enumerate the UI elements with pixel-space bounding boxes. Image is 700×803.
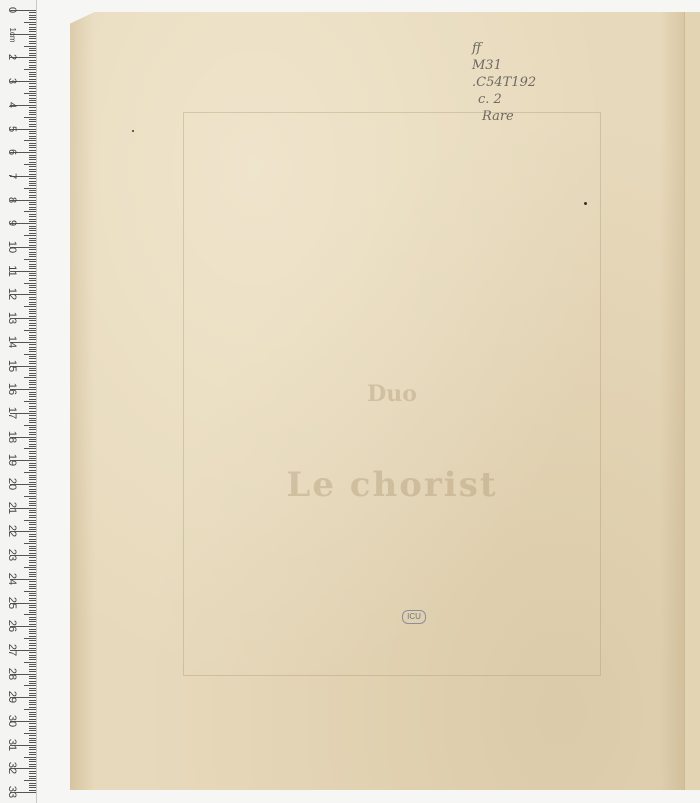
- ruler-tick: [29, 669, 36, 670]
- note-line: Rare: [472, 108, 536, 125]
- ruler-tick: [29, 302, 36, 303]
- note-line: M31: [472, 57, 536, 74]
- ruler-tick: [29, 546, 36, 547]
- ruler-number: 3: [6, 71, 18, 91]
- ruler-tick: [29, 209, 36, 210]
- ruler-tick: [29, 48, 36, 49]
- ruler-tick: [29, 735, 36, 736]
- ruler-tick: [29, 569, 36, 570]
- ruler-tick: [29, 266, 36, 267]
- ruler-tick: [29, 166, 36, 167]
- ruler-tick: [29, 439, 36, 440]
- ruler-tick: [29, 53, 36, 54]
- ruler-tick: [29, 202, 36, 203]
- ruler-tick: [29, 316, 36, 317]
- ruler-tick: [29, 136, 36, 137]
- ruler-tick: [29, 645, 36, 646]
- ruler-tick: [29, 517, 36, 518]
- ruler-tick: [29, 676, 36, 677]
- ruler-tick: [29, 252, 36, 253]
- ruler-tick: [29, 773, 36, 774]
- ruler-tick: [24, 425, 36, 426]
- ruler-tick: [24, 733, 36, 734]
- ruler-tick: [29, 534, 36, 535]
- note-line: c. 2: [472, 91, 536, 108]
- ruler-tick: [29, 325, 36, 326]
- ruler-tick: [29, 657, 36, 658]
- ruler-tick: [29, 759, 36, 760]
- ruler-tick: [24, 496, 36, 497]
- ruler-tick: [29, 690, 36, 691]
- ruler-tick: [29, 529, 36, 530]
- ruler-tick: [29, 527, 36, 528]
- ruler-tick: [29, 723, 36, 724]
- ruler-tick: [29, 290, 36, 291]
- ruler-number: 11: [6, 261, 18, 281]
- ruler-number: 2: [6, 47, 18, 67]
- ruler-tick: [29, 36, 36, 37]
- ruler-tick: [29, 358, 36, 359]
- ruler-tick: [29, 640, 36, 641]
- ruler-tick: [29, 747, 36, 748]
- ruler-tick: [29, 595, 36, 596]
- ruler-tick: [29, 169, 36, 170]
- ruler-tick: [29, 688, 36, 689]
- ruler-tick: [29, 344, 36, 345]
- ruler-number: 7: [6, 166, 18, 186]
- ruler-tick: [29, 264, 36, 265]
- ruler-number: 23: [6, 545, 18, 565]
- ruler-tick: [29, 219, 36, 220]
- ruler-tick: [29, 434, 36, 435]
- ruler-tick: [29, 384, 36, 385]
- ruler-number: 5: [6, 119, 18, 139]
- library-stamp: ICU: [402, 610, 426, 624]
- ruler-tick: [29, 29, 36, 30]
- ruler-tick: [29, 228, 36, 229]
- ruler-tick: [29, 373, 36, 374]
- ruler-number: 15: [6, 356, 18, 376]
- ruler-tick: [29, 771, 36, 772]
- ruler-tick: [29, 98, 36, 99]
- ruler-tick: [29, 95, 36, 96]
- ruler-tick: [29, 74, 36, 75]
- ruler-tick: [29, 586, 36, 587]
- ruler-tick: [29, 368, 36, 369]
- ruler-tick: [29, 636, 36, 637]
- ruler-tick: [29, 453, 36, 454]
- paper-speck: [132, 130, 134, 132]
- ruler-tick: [29, 470, 36, 471]
- ruler-tick: [29, 730, 36, 731]
- ruler-tick: [29, 268, 36, 269]
- ruler-tick: [24, 283, 36, 284]
- ruler-tick: [29, 292, 36, 293]
- ruler-tick: [29, 406, 36, 407]
- ruler-tick: [29, 678, 36, 679]
- ruler-tick: [29, 38, 36, 39]
- ruler-tick: [29, 659, 36, 660]
- ruler-tick: [29, 119, 36, 120]
- ruler-tick: [29, 489, 36, 490]
- ruler-tick: [29, 100, 36, 101]
- ruler-number: 4: [6, 95, 18, 115]
- ruler-tick: [29, 171, 36, 172]
- ruler-tick: [29, 610, 36, 611]
- ruler-tick: [29, 124, 36, 125]
- ruler-tick: [29, 328, 36, 329]
- ruler-tick: [29, 574, 36, 575]
- ruler-tick: [29, 131, 36, 132]
- ruler-tick: [29, 299, 36, 300]
- ruler-tick: [29, 107, 36, 108]
- ruler-tick: [24, 614, 36, 615]
- ruler-tick: [29, 254, 36, 255]
- ruler-tick: [29, 700, 36, 701]
- ruler-tick: [29, 19, 36, 20]
- ruler-tick: [29, 664, 36, 665]
- ruler-tick: [24, 93, 36, 94]
- ruler-tick: [24, 259, 36, 260]
- ruler-tick: [29, 195, 36, 196]
- ruler-tick: [29, 285, 36, 286]
- ruler-tick: [29, 451, 36, 452]
- ruler-tick: [29, 655, 36, 656]
- ruler-tick: [29, 712, 36, 713]
- ruler-tick: [24, 140, 36, 141]
- ruler-tick: [29, 541, 36, 542]
- ruler-number: 30: [6, 711, 18, 731]
- ruler-tick: [29, 572, 36, 573]
- ruler-tick: [29, 695, 36, 696]
- ruler-tick: [29, 477, 36, 478]
- ruler-tick: [29, 629, 36, 630]
- ruler-tick: [29, 143, 36, 144]
- show-through-main-title: Le chorist: [184, 465, 600, 505]
- ruler-tick: [29, 446, 36, 447]
- ruler-tick: [29, 24, 36, 25]
- ruler-tick: [29, 432, 36, 433]
- ruler-number: 16: [6, 379, 18, 399]
- ruler-tick: [29, 593, 36, 594]
- ruler-tick: [24, 520, 36, 521]
- ruler-tick: [29, 548, 36, 549]
- ruler-tick: [29, 83, 36, 84]
- ruler-tick: [29, 444, 36, 445]
- ruler-tick: [29, 631, 36, 632]
- show-through-subtitle: Duo: [184, 381, 600, 407]
- ruler-tick: [24, 188, 36, 189]
- ruler-tick: [29, 62, 36, 63]
- ruler-tick: [29, 230, 36, 231]
- ruler-tick: [24, 22, 36, 23]
- ruler-tick: [29, 683, 36, 684]
- ruler-tick: [29, 427, 36, 428]
- ruler-tick: [29, 716, 36, 717]
- ruler-number: 9: [6, 213, 18, 233]
- ruler-tick: [29, 17, 36, 18]
- ruler-tick: [29, 776, 36, 777]
- ruler-tick: [24, 638, 36, 639]
- ruler-tick: [29, 370, 36, 371]
- ruler-tick: [29, 764, 36, 765]
- ruler-tick: [29, 387, 36, 388]
- ruler-tick: [29, 27, 36, 28]
- ruler-tick: [29, 785, 36, 786]
- ruler-tick: [29, 240, 36, 241]
- ruler-tick: [29, 550, 36, 551]
- ruler-tick: [29, 403, 36, 404]
- ruler-tick: [29, 648, 36, 649]
- ruler-tick: [29, 363, 36, 364]
- ruler-tick: [29, 463, 36, 464]
- ruler-tick: [29, 562, 36, 563]
- ruler-tick: [29, 55, 36, 56]
- ruler-tick: [29, 790, 36, 791]
- ruler-tick: [29, 297, 36, 298]
- ruler-tick: [29, 719, 36, 720]
- ruler-tick: [29, 465, 36, 466]
- ruler-tick: [29, 510, 36, 511]
- ruler-tick: [29, 486, 36, 487]
- ruler-tick: [29, 72, 36, 73]
- ruler-tick: [29, 311, 36, 312]
- ruler-tick: [29, 110, 36, 111]
- ruler-tick: [29, 67, 36, 68]
- ruler-tick: [29, 652, 36, 653]
- ruler-tick: [29, 418, 36, 419]
- ruler-tick: [29, 349, 36, 350]
- ruler-number: 17: [6, 403, 18, 423]
- ruler-tick: [29, 588, 36, 589]
- handwritten-call-number: ff M31 .C54T192 c. 2 Rare: [472, 40, 536, 125]
- ruler-tick: [29, 214, 36, 215]
- ruler-tick: [29, 503, 36, 504]
- ruler-tick: [29, 441, 36, 442]
- ruler-tick: [29, 60, 36, 61]
- ruler-unit-label: 1cm: [6, 25, 18, 45]
- ruler-tick: [29, 183, 36, 184]
- ruler-tick: [29, 204, 36, 205]
- ruler-tick: [24, 330, 36, 331]
- ruler-number: 13: [6, 308, 18, 328]
- ruler-tick: [29, 380, 36, 381]
- ruler-tick: [29, 192, 36, 193]
- ruler-tick: [29, 671, 36, 672]
- ruler-number: 25: [6, 593, 18, 613]
- ruler-tick: [29, 536, 36, 537]
- ruler-tick: [29, 752, 36, 753]
- ruler-tick: [29, 256, 36, 257]
- ruler-tick: [29, 621, 36, 622]
- paper-speck: [584, 202, 587, 205]
- ruler-tick: [29, 783, 36, 784]
- ruler-tick: [29, 159, 36, 160]
- ruler-tick: [24, 757, 36, 758]
- ruler-tick: [29, 493, 36, 494]
- ruler-tick: [24, 164, 36, 165]
- ruler-tick: [29, 553, 36, 554]
- ruler-tick: [29, 339, 36, 340]
- ruler-number: 12: [6, 284, 18, 304]
- ruler-tick: [29, 605, 36, 606]
- ruler-number: 18: [6, 427, 18, 447]
- ruler-tick: [29, 273, 36, 274]
- ruler-number: 28: [6, 664, 18, 684]
- ruler-tick: [29, 207, 36, 208]
- ruler-tick: [24, 685, 36, 686]
- ruler-tick: [29, 557, 36, 558]
- ruler-tick: [29, 112, 36, 113]
- ruler-tick: [29, 88, 36, 89]
- ruler-tick: [29, 162, 36, 163]
- ruler-tick: [29, 515, 36, 516]
- ruler-tick: [29, 86, 36, 87]
- ruler-tick: [24, 354, 36, 355]
- ruler-tick: [29, 728, 36, 729]
- ruler-tick: [24, 662, 36, 663]
- ruler-tick: [29, 275, 36, 276]
- ruler-tick: [29, 261, 36, 262]
- ruler-tick: [29, 539, 36, 540]
- ruler-tick: [24, 780, 36, 781]
- ruler-tick: [29, 399, 36, 400]
- ruler-tick: [29, 351, 36, 352]
- ruler-tick: [29, 475, 36, 476]
- ruler-tick: [29, 114, 36, 115]
- ruler-tick: [29, 505, 36, 506]
- ruler-tick: [29, 704, 36, 705]
- ruler-tick: [24, 377, 36, 378]
- ruler-tick: [29, 178, 36, 179]
- ruler-number: 0: [6, 0, 18, 20]
- note-line: .C54T192: [472, 74, 536, 91]
- ruler-tick: [29, 607, 36, 608]
- ruler-tick: [24, 543, 36, 544]
- ruler-tick: [29, 221, 36, 222]
- ruler-tick: [24, 709, 36, 710]
- ruler-tick: [24, 117, 36, 118]
- ruler-tick: [29, 560, 36, 561]
- ruler-tick: [29, 133, 36, 134]
- ruler-tick: [29, 216, 36, 217]
- ruler-tick: [29, 337, 36, 338]
- ruler-tick: [29, 304, 36, 305]
- ruler-tick: [29, 41, 36, 42]
- ruler-tick: [29, 309, 36, 310]
- ruler-tick: [29, 65, 36, 66]
- ruler-tick: [29, 245, 36, 246]
- ruler-number: 29: [6, 687, 18, 707]
- ruler-tick: [29, 197, 36, 198]
- ruler-tick: [24, 567, 36, 568]
- ruler-tick: [29, 707, 36, 708]
- ruler-tick: [29, 458, 36, 459]
- ruler-tick: [24, 69, 36, 70]
- ruler-tick: [29, 422, 36, 423]
- ruler-tick: [29, 761, 36, 762]
- ruler-tick: [29, 121, 36, 122]
- ruler-tick: [29, 479, 36, 480]
- ruler-tick: [29, 150, 36, 151]
- ruler-tick: [29, 147, 36, 148]
- ruler-tick: [24, 211, 36, 212]
- ruler-tick: [29, 185, 36, 186]
- ruler-tick: [29, 347, 36, 348]
- ruler-tick: [29, 415, 36, 416]
- ruler-tick: [29, 522, 36, 523]
- ruler-tick: [29, 456, 36, 457]
- ruler-tick: [29, 726, 36, 727]
- ruler-tick: [29, 278, 36, 279]
- ruler-tick: [29, 467, 36, 468]
- ruler-tick: [29, 576, 36, 577]
- ruler-tick: [29, 155, 36, 156]
- ruler-tick: [29, 361, 36, 362]
- ruler-tick: [29, 280, 36, 281]
- ruler-tick: [29, 411, 36, 412]
- ruler-tick: [29, 429, 36, 430]
- ruler-tick: [29, 524, 36, 525]
- ruler-number: 22: [6, 521, 18, 541]
- ruler-tick: [29, 226, 36, 227]
- ruler-tick: [29, 332, 36, 333]
- ruler-tick: [29, 740, 36, 741]
- ruler-tick: [29, 50, 36, 51]
- ruler-tick: [29, 702, 36, 703]
- ruler-tick: [24, 448, 36, 449]
- ruler-number: 14: [6, 332, 18, 352]
- ruler-tick: [29, 617, 36, 618]
- ruler-tick: [29, 512, 36, 513]
- ruler-tick: [29, 624, 36, 625]
- ruler-tick: [29, 394, 36, 395]
- ruler-tick: [29, 498, 36, 499]
- ruler-tick: [29, 565, 36, 566]
- measuring-ruler: 0234567891011121314151617181920212223242…: [0, 0, 37, 803]
- ruler-tick: [29, 157, 36, 158]
- ruler-tick: [29, 126, 36, 127]
- ruler-number: 33: [6, 782, 18, 802]
- ruler-tick: [29, 102, 36, 103]
- ruler-number: 20: [6, 474, 18, 494]
- ruler-tick: [29, 242, 36, 243]
- ruler-tick: [29, 335, 36, 336]
- ruler-tick: [29, 598, 36, 599]
- ruler-tick: [29, 619, 36, 620]
- ruler-tick: [29, 501, 36, 502]
- ruler-tick: [29, 584, 36, 585]
- ruler-tick: [29, 174, 36, 175]
- ruler-tick: [24, 472, 36, 473]
- ruler-tick: [24, 235, 36, 236]
- adjacent-page-edge: [684, 12, 700, 790]
- ruler-number: 19: [6, 450, 18, 470]
- ruler-tick: [29, 600, 36, 601]
- ruler-tick: [24, 306, 36, 307]
- ruler-tick: [29, 313, 36, 314]
- ruler-tick: [29, 190, 36, 191]
- ruler-number: 6: [6, 142, 18, 162]
- ruler-tick: [29, 681, 36, 682]
- ruler-tick: [29, 581, 36, 582]
- ruler-tick: [29, 612, 36, 613]
- ruler-tick: [29, 323, 36, 324]
- ruler-tick: [24, 401, 36, 402]
- ruler-tick: [29, 145, 36, 146]
- ruler-number: 31: [6, 735, 18, 755]
- ruler-tick: [29, 396, 36, 397]
